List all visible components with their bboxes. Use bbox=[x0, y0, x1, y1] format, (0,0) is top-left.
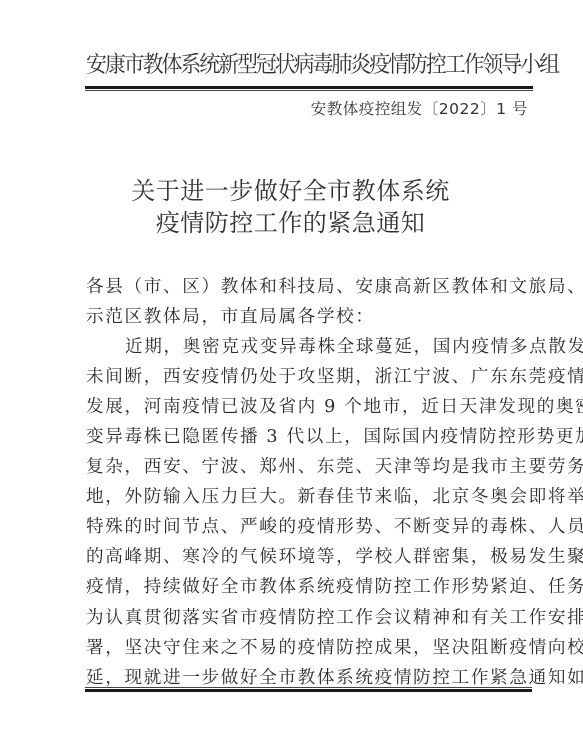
document-number: 安教体疫控组发〔2022〕1 号 bbox=[311, 98, 528, 120]
footer-rule-thin bbox=[85, 687, 532, 688]
paragraph-line: 复杂，西安、宁波、郑州、东莞、天津等均是我市主要劳务输出 bbox=[86, 452, 536, 482]
addressee-line: 各县（市、区）教体和科技局、安康高新区教体和文旅局、恒口 bbox=[86, 272, 536, 302]
header-rule-thick bbox=[85, 86, 533, 89]
paragraph-line: 的高峰期、寒冷的气候环境等，学校人群密集，极易发生聚集性 bbox=[86, 542, 536, 572]
paragraph-line: 变异毒株已隐匿传播 3 代以上，国际国内疫情防控形势更加严峻 bbox=[86, 422, 536, 452]
paragraph-line: 特殊的时间节点、严峻的疫情形势、不断变异的毒株、人员返乡 bbox=[86, 512, 536, 542]
issuing-organization: 安康市教体系统新型冠状病毒肺炎疫情防控工作领导小组 bbox=[86, 50, 503, 80]
paragraph-line: 为认真贯彻落实省市疫情防控工作会议精神和有关工作安排部 bbox=[86, 603, 536, 633]
document-title-line-2: 疫情防控工作的紧急通知 bbox=[0, 207, 582, 239]
paragraph-line: 发展，河南疫情已波及省内 9 个地市，近日天津发现的奥密克戎 bbox=[86, 392, 536, 422]
paragraph-line: 地，外防输入压力巨大。新春佳节来临，北京冬奥会即将举办， bbox=[86, 482, 536, 512]
document-body: 各县（市、区）教体和科技局、安康高新区教体和文旅局、恒口 示范区教体局，市直局属… bbox=[86, 272, 536, 693]
document-title-line-1: 关于进一步做好全市教体系统 bbox=[0, 175, 582, 207]
paragraph-line: 未间断，西安疫情仍处于攻坚期，浙江宁波、广东东莞疫情持续 bbox=[86, 362, 536, 392]
header-rule-thin bbox=[85, 90, 533, 91]
paragraph-line: 近期，奥密克戎变异毒株全球蔓延，国内疫情多点散发、从 bbox=[86, 332, 536, 362]
addressee-line: 示范区教体局，市直局属各学校： bbox=[86, 302, 536, 332]
paragraph-line: 疫情，持续做好全市教体系统疫情防控工作形势紧迫、任务艰巨。 bbox=[86, 572, 536, 602]
footer-rule-thick bbox=[85, 689, 532, 692]
paragraph-line: 署，坚决守住来之不易的疫情防控成果，坚决阻断疫情向校园蔓 bbox=[86, 633, 536, 663]
